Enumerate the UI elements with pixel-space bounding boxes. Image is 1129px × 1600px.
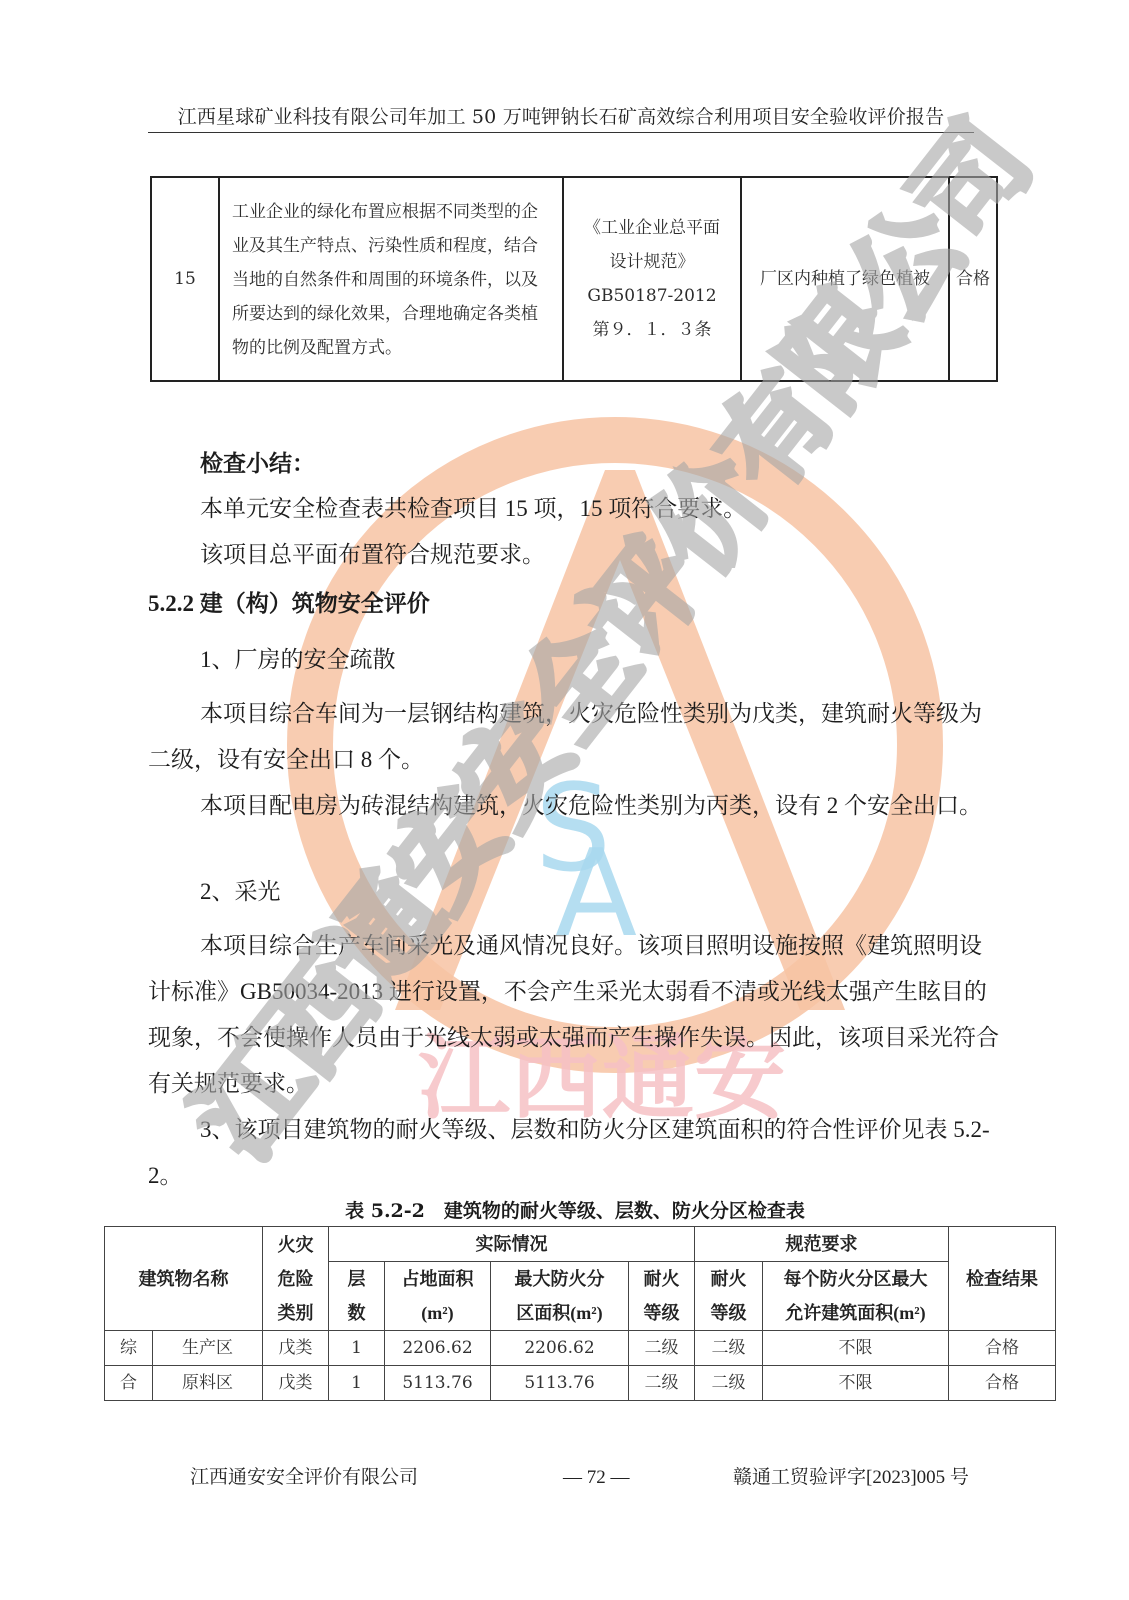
check-result: 合格 bbox=[949, 1366, 1056, 1401]
basis-line: GB50187-2012 bbox=[564, 279, 740, 313]
header-text: 等级 bbox=[629, 1296, 694, 1330]
header-fire-rating: 耐火 等级 bbox=[629, 1262, 695, 1331]
header-text: 每个防火分区最大 bbox=[763, 1262, 948, 1296]
area-name: 生产区 bbox=[153, 1331, 263, 1366]
check-table: 15 工业企业的绿化布置应根据不同类型的企业及其生产特点、污染性质和程度，结合当… bbox=[150, 176, 998, 382]
section-heading: 5.2.2 建（构）筑物安全评价 bbox=[148, 589, 1004, 619]
header-actual-group: 实际情况 bbox=[329, 1227, 695, 1262]
hazard-class: 戊类 bbox=[263, 1366, 329, 1401]
header-text: 占地面积 bbox=[385, 1262, 490, 1296]
header-text: 最大防火分 bbox=[491, 1262, 628, 1296]
table-caption: 表 5.2-2 建筑物的耐火等级、层数、防火分区检查表 bbox=[100, 1198, 1050, 1224]
table-row: 综 生产区 戊类 1 2206.62 2206.62 二级 二级 不限 合格 bbox=[105, 1331, 1056, 1366]
header-footprint: 占地面积 (m²) bbox=[385, 1262, 491, 1331]
header-text: 允许建筑面积(m²) bbox=[763, 1296, 948, 1330]
spec-area: 不限 bbox=[763, 1366, 949, 1401]
basis-cell: 《工业企业总平面 设计规范》 GB50187-2012 第９．１．３条 bbox=[563, 177, 741, 381]
document-page: 江西星球矿业科技有限公司年加工 50 万吨钾钠长石矿高效综合利用项目安全验收评价… bbox=[0, 0, 1129, 1600]
max-zone: 5113.76 bbox=[491, 1366, 629, 1401]
header-text: 等级 bbox=[695, 1296, 762, 1330]
header-hazard: 火灾 危险 类别 bbox=[263, 1227, 329, 1331]
result-cell: 合格 bbox=[949, 177, 997, 381]
group-label: 综 bbox=[105, 1331, 153, 1366]
header-result: 检查结果 bbox=[949, 1227, 1056, 1331]
paragraph: 3、该项目建筑物的耐火等级、层数和防火分区建筑面积的符合性评价见表 5.2-2。 bbox=[148, 1107, 1004, 1199]
requirement-text: 工业企业的绿化布置应根据不同类型的企业及其生产特点、污染性质和程度，结合当地的自… bbox=[219, 177, 563, 381]
header-max-zone: 最大防火分 区面积(m²) bbox=[491, 1262, 629, 1331]
fire-rating: 二级 bbox=[629, 1366, 695, 1401]
header-text: 区面积(m²) bbox=[491, 1296, 628, 1330]
header-spec-area: 每个防火分区最大 允许建筑面积(m²) bbox=[763, 1262, 949, 1331]
summary-line: 该项目总平面布置符合规范要求。 bbox=[148, 540, 1056, 570]
footer-page-number: — 72 — bbox=[563, 1465, 630, 1491]
header-text: 耐火 bbox=[629, 1262, 694, 1296]
header-divider bbox=[148, 132, 974, 133]
page-header-title: 江西星球矿业科技有限公司年加工 50 万吨钾钠长石矿高效综合利用项目安全验收评价… bbox=[148, 104, 974, 130]
max-zone: 2206.62 bbox=[491, 1331, 629, 1366]
spec-rating: 二级 bbox=[695, 1331, 763, 1366]
table-row: 15 工业企业的绿化布置应根据不同类型的企业及其生产特点、污染性质和程度，结合当… bbox=[151, 177, 997, 381]
subsection-title: 1、厂房的安全疏散 bbox=[148, 645, 1056, 675]
header-spec-rating: 耐火 等级 bbox=[695, 1262, 763, 1331]
spec-rating: 二级 bbox=[695, 1366, 763, 1401]
paragraph: 本项目综合车间为一层钢结构建筑，火灾危险性类别为戊类，建筑耐火等级为二级，设有安… bbox=[148, 691, 1004, 783]
header-text: 危险 bbox=[263, 1262, 328, 1296]
header-text: 火灾 bbox=[263, 1228, 328, 1262]
summary-line: 本单元安全检查表共检查项目 15 项，15 项符合要求。 bbox=[148, 494, 1056, 524]
spec-area: 不限 bbox=[763, 1331, 949, 1366]
subsection-title: 2、采光 bbox=[148, 877, 1056, 907]
floors: 1 bbox=[329, 1366, 385, 1401]
fire-rating-table: 建筑物名称 火灾 危险 类别 实际情况 规范要求 检查结果 层 数 占地面积 (… bbox=[104, 1226, 1056, 1401]
footprint: 5113.76 bbox=[385, 1366, 491, 1401]
floors: 1 bbox=[329, 1331, 385, 1366]
paragraph: 本项目配电房为砖混结构建筑，火灾危险性类别为丙类，设有 2 个安全出口。 bbox=[148, 783, 1004, 829]
actual-situation: 厂区内种植了绿色植被 bbox=[741, 177, 949, 381]
header-text: 耐火 bbox=[695, 1262, 762, 1296]
header-text: 层 bbox=[329, 1262, 384, 1296]
fire-rating: 二级 bbox=[629, 1331, 695, 1366]
basis-line: 《工业企业总平面 bbox=[564, 211, 740, 245]
item-number: 15 bbox=[151, 177, 219, 381]
group-label: 合 bbox=[105, 1366, 153, 1401]
paragraph: 本项目综合生产车间采光及通风情况良好。该项目照明设施按照《建筑照明设计标准》GB… bbox=[148, 923, 1004, 1107]
footer-doc-number: 赣通工贸验评字[2023]005 号 bbox=[733, 1465, 969, 1491]
header-text: 数 bbox=[329, 1296, 384, 1330]
footer-company: 江西通安安全评价有限公司 bbox=[190, 1465, 418, 1491]
header-text: 类别 bbox=[263, 1296, 328, 1330]
summary-heading: 检查小结： bbox=[148, 448, 1056, 480]
header-building-name: 建筑物名称 bbox=[105, 1227, 263, 1331]
header-text: (m²) bbox=[385, 1296, 490, 1330]
basis-line: 设计规范》 bbox=[564, 245, 740, 279]
check-result: 合格 bbox=[949, 1331, 1056, 1366]
area-name: 原料区 bbox=[153, 1366, 263, 1401]
hazard-class: 戊类 bbox=[263, 1331, 329, 1366]
header-spec-group: 规范要求 bbox=[695, 1227, 949, 1262]
basis-line: 第９．１．３条 bbox=[564, 313, 740, 347]
table-row: 合 原料区 戊类 1 5113.76 5113.76 二级 二级 不限 合格 bbox=[105, 1366, 1056, 1401]
table-header-row: 建筑物名称 火灾 危险 类别 实际情况 规范要求 检查结果 bbox=[105, 1227, 1056, 1262]
header-floors: 层 数 bbox=[329, 1262, 385, 1331]
footprint: 2206.62 bbox=[385, 1331, 491, 1366]
